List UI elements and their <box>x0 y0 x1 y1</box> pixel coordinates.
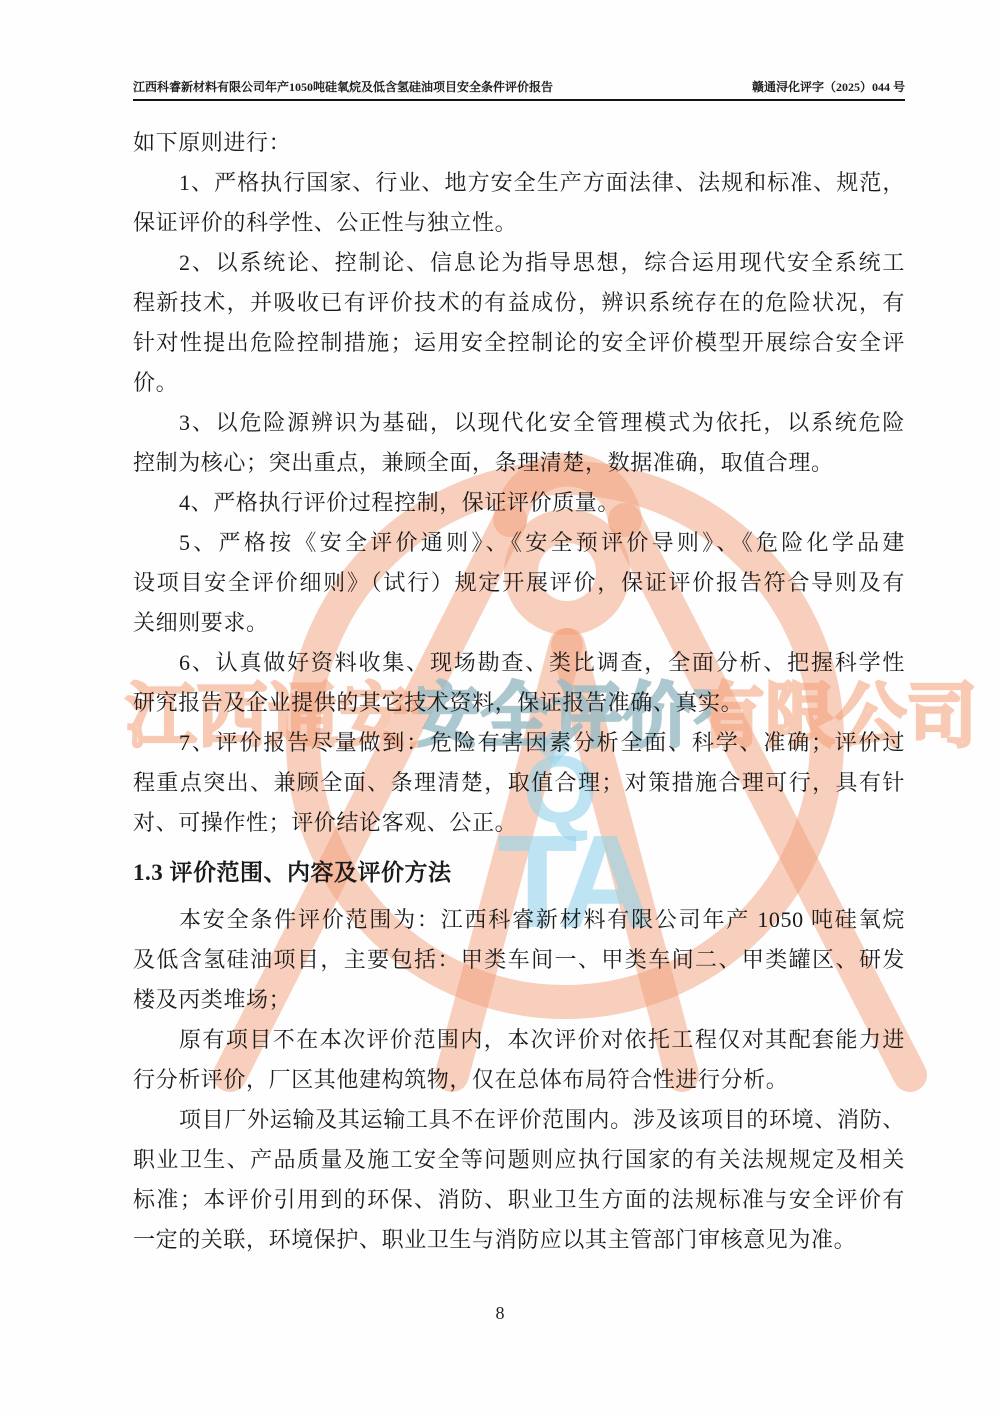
text-line: 程新技术，并吸收已有评价技术的有益成份，辨识系统存在的危险状况，有 <box>133 283 905 323</box>
text-line: 标准；本评价引用到的环保、消防、职业卫生方面的法规标准与安全评价有 <box>133 1180 905 1220</box>
header-report-title: 江西科睿新材料有限公司年产1050吨硅氧烷及低含氢硅油项目安全条件评价报告 <box>133 78 553 96</box>
text-line: 原有项目不在本次评价范围内，本次评价对依托工程仅对其配套能力进 <box>133 1020 905 1060</box>
text-line: 关细则要求。 <box>133 603 905 643</box>
text-line: 项目厂外运输及其运输工具不在评价范围内。涉及该项目的环境、消防、 <box>133 1100 905 1140</box>
text-line: 保证评价的科学性、公正性与独立性。 <box>133 203 905 243</box>
page-header: 江西科睿新材料有限公司年产1050吨硅氧烷及低含氢硅油项目安全条件评价报告 赣通… <box>133 78 905 101</box>
text-line: 6、认真做好资料收集、现场勘查、类比调查，全面分析、把握科学性 <box>133 643 905 683</box>
text-line: 针对性提出危险控制措施；运用安全控制论的安全评价模型开展综合安全评 <box>133 323 905 363</box>
document-page: 江西通安安全评价有限公司 江西通安安全评价有限公司 Q TA 江西科睿新材料有限… <box>0 0 1000 1414</box>
text-line: 职业卫生、产品质量及施工安全等问题则应执行国家的有关法规规定及相关 <box>133 1140 905 1180</box>
text-line: 楼及丙类堆场； <box>133 980 905 1020</box>
text-line: 5、严格按《安全评价通则》、《安全预评价导则》、《危险化学品建 <box>133 523 905 563</box>
text-line: 设项目安全评价细则》（试行）规定开展评价，保证评价报告符合导则及有 <box>133 563 905 603</box>
text-line: 3、以危险源辨识为基础，以现代化安全管理模式为依托，以系统危险 <box>133 403 905 443</box>
text-line: 行分析评价，厂区其他建构筑物，仅在总体布局符合性进行分析。 <box>133 1060 905 1100</box>
text-line: 及低含氢硅油项目，主要包括：甲类车间一、甲类车间二、甲类罐区、研发 <box>133 940 905 980</box>
text-line: 一定的关联，环境保护、职业卫生与消防应以其主管部门审核意见为准。 <box>133 1220 905 1260</box>
text-line: 研究报告及企业提供的其它技术资料，保证报告准确、真实。 <box>133 683 905 723</box>
text-line: 4、严格执行评价过程控制，保证评价质量。 <box>133 483 905 523</box>
page-number: 8 <box>496 1303 505 1323</box>
page-footer: 8 <box>0 1303 1000 1324</box>
page-content: 江西科睿新材料有限公司年产1050吨硅氧烷及低含氢硅油项目安全条件评价报告 赣通… <box>0 0 1000 1414</box>
text-line: 控制为核心；突出重点，兼顾全面，条理清楚，数据准确，取值合理。 <box>133 443 905 483</box>
text-line: 本安全条件评价范围为：江西科睿新材料有限公司年产 1050 吨硅氧烷 <box>133 900 905 940</box>
text-line: 如下原则进行： <box>133 123 905 163</box>
section-heading: 1.3 评价范围、内容及评价方法 <box>133 853 905 893</box>
text-line: 对、可操作性；评价结论客观、公正。 <box>133 803 905 843</box>
text-line: 7、评价报告尽量做到：危险有害因素分析全面、科学、准确；评价过 <box>133 723 905 763</box>
text-line: 价。 <box>133 363 905 403</box>
body-text: 如下原则进行：1、严格执行国家、行业、地方安全生产方面法律、法规和标准、规范，保… <box>133 123 905 1260</box>
header-document-number: 赣通浔化评字（2025）044 号 <box>752 78 905 96</box>
text-line: 程重点突出、兼顾全面、条理清楚，取值合理；对策措施合理可行，具有针 <box>133 763 905 803</box>
text-line: 2、以系统论、控制论、信息论为指导思想，综合运用现代安全系统工 <box>133 243 905 283</box>
text-line: 1、严格执行国家、行业、地方安全生产方面法律、法规和标准、规范， <box>133 163 905 203</box>
